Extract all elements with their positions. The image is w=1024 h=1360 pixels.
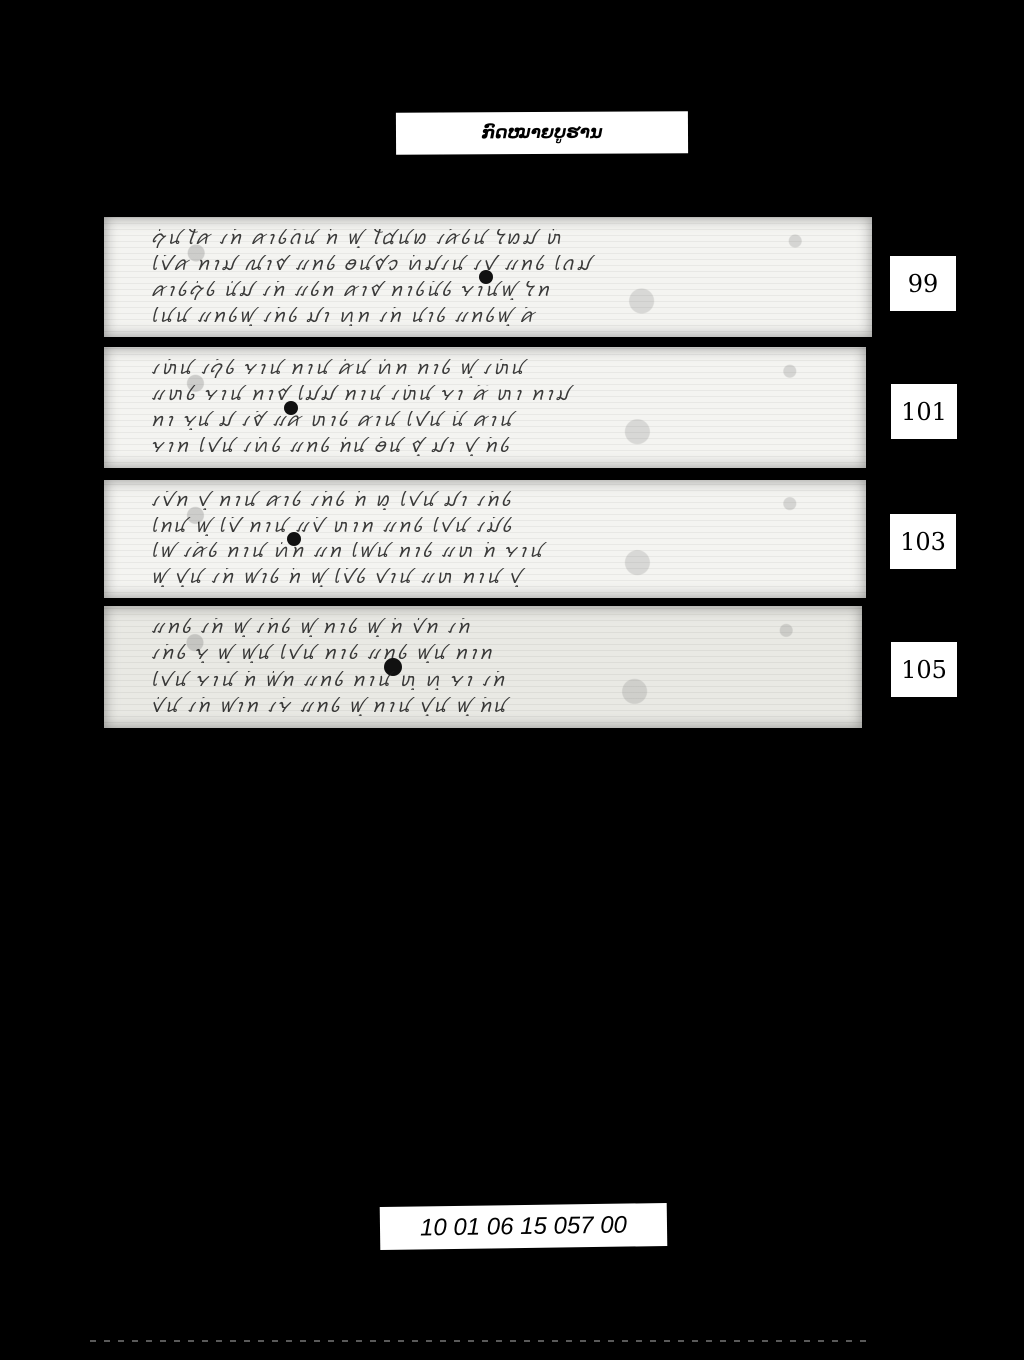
palm-leaf-page-101: ꪹꪬꪷꪙ ꪹꪖꪷꪉ ꪩꪱꪙ ꪀꪱꪙ ꪁꪳꪙ ꪕꪳꪀ ꪀꪱꪉ ꪝꪴ ꪹꪬꪷꪙ ꪵꪬ… — [104, 347, 866, 468]
page-number-tag: 101 — [891, 384, 957, 439]
leaf-line: ꪶꪀꪙ ꪝꪴ ꪶꪜꪷ ꪀꪱꪙ ꪵꪚꪷ ꪬꪱꪀ ꪵꪀꪉ ꪶꪚꪙ ꪹꪣꪷꪉ — [150, 517, 826, 536]
leaf-line: ꪵꪬꪉ ꪩꪱꪙ ꪀꪱꪥ ꪶꪣꪣ ꪀꪱꪙ ꪹꪬꪷꪙ ꪩꪱ ꪁꪲ ꪬꪱ ꪀꪱꪣ — [150, 385, 826, 404]
leaf-line: ꪶꪙꪙ ꪵꪀꪉꪝꪴ ꪹꪀꪷꪉ ꪣꪱ ꪕꪴꪀ ꪹꪀꪷ ꪙꪱꪉ ꪵꪀꪉꪝꪴ ꪁꪷ — [150, 307, 832, 326]
leaf-text: ꪹꪚꪷꪀ ꪚꪴ ꪀꪱꪙ ꪁꪱꪉ ꪹꪀꪷꪉ ꪀꪾ ꪭꪴ ꪶꪚꪙ ꪣꪱ ꪹꪀꪷꪉ ꪶ… — [150, 488, 826, 590]
palm-leaf-page-99: ꪋꪳꪙꪻꪁ ꪹꪀꪷ ꪁꪱꪉꪒꪲꪙ ꪀꪾ ꪝꪴ ꪻꪠꪙꪭ ꪹꪁꪷꪉꪙꪲ ꪼꪭꪣ ꪬ… — [104, 217, 872, 337]
leaf-line: ꪁꪱꪉꪋꪳꪉ ꪙꪳꪣ ꪹꪀꪷ ꪵꪉꪀ ꪁꪱꪥ ꪀꪱꪉꪙꪸꪉ ꪩꪱꪙꪝꪴ ꪼꪀ — [150, 281, 832, 300]
page-number: 105 — [901, 656, 947, 684]
leaf-line: ꪹꪬꪷꪙ ꪹꪖꪷꪉ ꪩꪱꪙ ꪀꪱꪙ ꪁꪳꪙ ꪕꪳꪀ ꪀꪱꪉ ꪝꪴ ꪹꪬꪷꪙ — [150, 359, 826, 378]
page-number-tag: 105 — [891, 642, 957, 697]
leaf-line: ꪩꪱꪀ ꪶꪜꪙ ꪹꪕꪷꪉ ꪵꪀꪉ ꪀꪳꪙ ꪮꪷꪙ ꪥꪴ ꪣꪱ ꪚꪴ ꪀꪷꪉ — [150, 437, 826, 456]
leaf-text: ꪋꪳꪙꪻꪁ ꪹꪀꪷ ꪁꪱꪉꪒꪲꪙ ꪀꪾ ꪝꪴ ꪻꪠꪙꪭ ꪹꪁꪷꪉꪙꪲ ꪼꪭꪣ ꪬ… — [150, 225, 832, 329]
leaf-line: ꪶꪜꪷꪁ ꪀꪱꪣ ꪄꪱꪥ ꪵꪀꪉ ꪮꪙꪥꪫ ꪕꪾꪣꪹꪙꪲ ꪹꪜ ꪵꪀꪉ ꪶꪒꪣ — [150, 255, 832, 274]
reference-id-label: 10 01 06 15 057 00 — [380, 1203, 668, 1250]
leaf-line: ꪶꪚꪙ ꪩꪱꪙ ꪀꪷ ꪝꪳꪀ ꪵꪀꪉ ꪀꪱꪙ ꪬꪴ ꪕꪴ ꪩꪱ ꪹꪀꪷ — [150, 671, 822, 690]
leaf-line: ꪀꪱ ꪩꪴꪙ ꪣꪲ ꪹꪥꪷ ꪵꪁ ꪬꪱꪉ ꪁꪱꪙ ꪶꪜꪙ ꪙꪷ ꪁꪱꪙ — [150, 411, 826, 430]
page-number-tag: 103 — [890, 514, 956, 569]
leaf-line: ꪋꪳꪙꪻꪁ ꪹꪀꪷ ꪁꪱꪉꪒꪲꪙ ꪀꪾ ꪝꪴ ꪻꪠꪙꪭ ꪹꪁꪷꪉꪙꪲ ꪼꪭꪣ ꪬ… — [150, 229, 832, 248]
page-number: 103 — [900, 528, 946, 556]
page-number-tag: 99 — [890, 256, 956, 311]
document-title: ກົດໝາຍບູຮານ — [482, 123, 603, 144]
leaf-text: ꪵꪀꪉ ꪹꪀꪷ ꪝꪴ ꪹꪀꪷꪉ ꪝꪴ ꪀꪱꪉ ꪝꪴ ꪀꪾ ꪚꪳꪀ ꪹꪀꪷ ꪹꪀꪷ… — [150, 614, 822, 720]
leaf-line: ꪶꪝ ꪹꪁꪷꪉ ꪀꪱꪙ ꪕꪳꪀ ꪵꪀ ꪶꪝꪙ ꪀꪱꪉ ꪵꪬ ꪀꪾ ꪩꪱꪙ — [150, 542, 826, 561]
scan-edge-artifact — [90, 1340, 874, 1342]
document-title-label: ກົດໝາຍບູຮານ — [396, 111, 688, 155]
reference-id: 10 01 06 15 057 00 — [420, 1211, 627, 1242]
leaf-line: ꪝꪴ ꪚꪴꪙ ꪹꪀꪷ ꪝꪱꪉ ꪀꪾ ꪝꪴ ꪶꪜꪷꪉ ꪚꪱꪙ ꪵꪬ ꪀꪱꪙ ꪚꪴ — [150, 568, 826, 587]
leaf-line: ꪹꪀꪷꪉ ꪩꪴ ꪝꪴ ꪝꪴꪙ ꪶꪚꪙ ꪀꪱꪉ ꪵꪀꪉ ꪝꪴꪙ ꪀꪱꪀ — [150, 644, 822, 663]
palm-leaf-page-103: ꪹꪚꪷꪀ ꪚꪴ ꪀꪱꪙ ꪁꪱꪉ ꪹꪀꪷꪉ ꪀꪾ ꪭꪴ ꪶꪚꪙ ꪣꪱ ꪹꪀꪷꪉ ꪶ… — [104, 480, 866, 598]
leaf-line: ꪹꪚꪷꪀ ꪚꪴ ꪀꪱꪙ ꪁꪱꪉ ꪹꪀꪷꪉ ꪀꪾ ꪭꪴ ꪶꪚꪙ ꪣꪱ ꪹꪀꪷꪉ — [150, 491, 826, 510]
page-number: 101 — [901, 398, 947, 426]
leaf-text: ꪹꪬꪷꪙ ꪹꪖꪷꪉ ꪩꪱꪙ ꪀꪱꪙ ꪁꪳꪙ ꪕꪳꪀ ꪀꪱꪉ ꪝꪴ ꪹꪬꪷꪙ ꪵꪬ… — [150, 355, 826, 460]
leaf-line: ꪵꪀꪉ ꪹꪀꪷ ꪝꪴ ꪹꪀꪷꪉ ꪝꪴ ꪀꪱꪉ ꪝꪴ ꪀꪾ ꪚꪳꪀ ꪹꪀꪷ — [150, 618, 822, 637]
page-number: 99 — [908, 270, 939, 298]
leaf-line: ꪚꪳꪙ ꪹꪀꪷ ꪝꪱꪀ ꪹꪩꪷ ꪵꪀꪉ ꪝꪴ ꪀꪱꪙ ꪚꪴꪙ ꪝꪴ ꪀꪷꪙ — [150, 697, 822, 716]
palm-leaf-page-105: ꪵꪀꪉ ꪹꪀꪷ ꪝꪴ ꪹꪀꪷꪉ ꪝꪴ ꪀꪱꪉ ꪝꪴ ꪀꪾ ꪚꪳꪀ ꪹꪀꪷ ꪹꪀꪷ… — [104, 606, 862, 728]
